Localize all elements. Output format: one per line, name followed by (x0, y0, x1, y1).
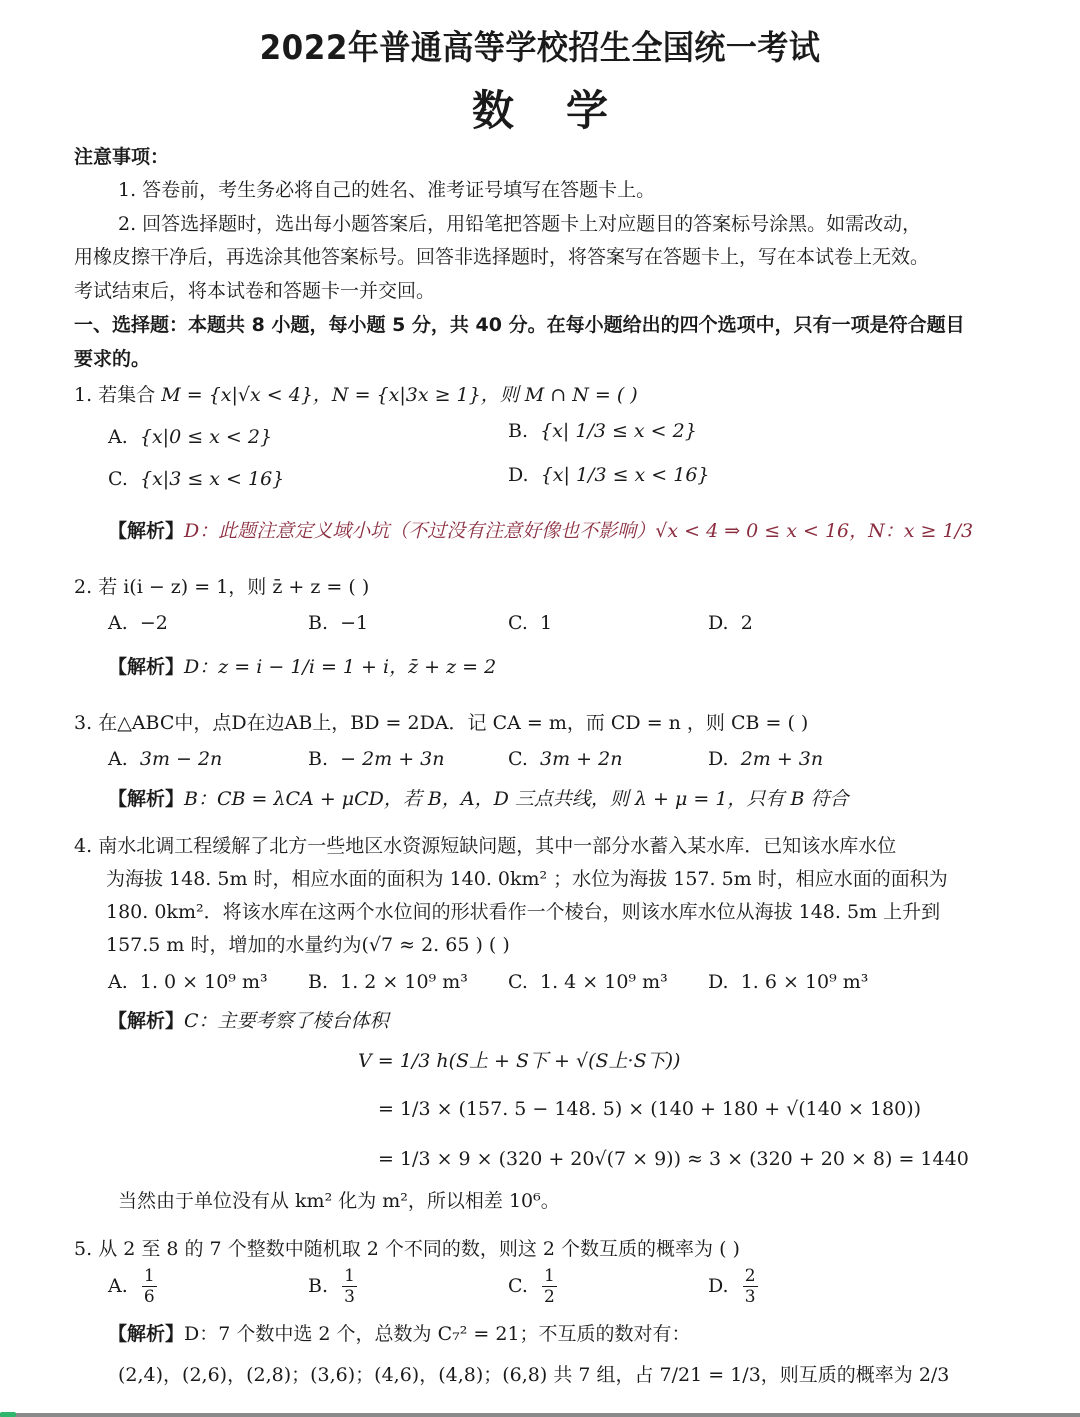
option-c: C. 1 (508, 612, 552, 634)
notice-item-2-cont: 考试结束后，将本试卷和答题卡一并交回。 (74, 280, 435, 303)
formula-line: = 1/3 × 9 × (320 + 20√(7 × 9)) ≈ 3 × (32… (378, 1148, 969, 1171)
formula-line: = 1/3 × (157. 5 − 148. 5) × (140 + 180 +… (378, 1098, 921, 1121)
progress-indicator (0, 1412, 16, 1417)
option-b: B. {x| 1/3 ≤ x < 2} (508, 420, 697, 442)
option-b: B. − 2m + 3n (308, 748, 445, 770)
question-math: M = {x|√x < 4}，N = {x|3x ≥ 1}，则 M ∩ N = … (161, 384, 637, 406)
analysis-5-cont: (2,4)，(2,6)，(2,8)；(3,6)；(4,6)，(4,8)；(6,8… (118, 1364, 949, 1387)
analysis-3: 【解析】B：CB = λCA + μCD，若 B，A，D 三点共线，则 λ + … (108, 788, 848, 811)
analysis-text: D：z = i − 1/i = 1 + i，z̄ + z = 2 (184, 656, 496, 678)
notice-heading: 注意事项： (74, 146, 169, 169)
notice-item-2: 2. 回答选择题时，选出每小题答案后，用铅笔把答题卡上对应题目的答案标号涂黑。如… (118, 213, 921, 236)
question-number: 1. (74, 384, 92, 406)
option-a: A. 1. 0 × 10⁹ m³ (108, 971, 268, 993)
analysis-5: 【解析】D：7 个数中选 2 个，总数为 C₇² = 21；不互质的数对有： (108, 1323, 691, 1346)
subject-title: 数学 (0, 78, 1080, 138)
option-b: B. 13 (308, 1268, 359, 1306)
option-d: D. {x| 1/3 ≤ x < 16} (508, 464, 710, 486)
analysis-note: 当然由于单位没有从 km² 化为 m²，所以相差 10⁶。 (118, 1190, 560, 1213)
exam-title: 2022年普通高等学校招生全国统一考试 (0, 20, 1080, 69)
question-stem: 若集合 (98, 384, 155, 406)
question-number: 3. (74, 712, 92, 734)
option-c: C. 1. 4 × 10⁹ m³ (508, 971, 668, 993)
question-stem: 若 i(i − z) = 1，则 z̄ + z = ( ) (98, 576, 369, 598)
analysis-text: D：此题注意定义域小坑（不过没有注意好像也不影响）√x < 4 ⇒ 0 ≤ x … (184, 520, 973, 542)
option-d: D. 1. 6 × 10⁹ m³ (708, 971, 868, 993)
option-c: C. 12 (508, 1268, 559, 1306)
option-a: A. 3m − 2n (108, 748, 222, 770)
question-stem: 从 2 至 8 的 7 个整数中随机取 2 个不同的数，则这 2 个数互质的概率… (98, 1238, 740, 1260)
question-stem: 南水北调工程缓解了北方一些地区水资源短缺问题，其中一部分水蓄入某水库．已知该水库… (98, 835, 896, 857)
exam-page: 2022年普通高等学校招生全国统一考试 数学 注意事项： 1. 答卷前，考生务必… (0, 0, 1080, 1417)
option-c: C. {x|3 ≤ x < 16} (108, 468, 284, 490)
option-d: D. 2 (708, 612, 753, 634)
question-3: 3. 在△ABC中，点D在边AB上，BD = 2DA．记 CA = m，而 CD… (74, 712, 808, 735)
analysis-1: 【解析】D：此题注意定义域小坑（不过没有注意好像也不影响）√x < 4 ⇒ 0 … (108, 520, 973, 543)
analysis-tag: 【解析】 (108, 656, 184, 678)
option-a: A. −2 (108, 612, 168, 634)
question-number: 4. (74, 835, 92, 857)
analysis-2: 【解析】D：z = i − 1/i = 1 + i，z̄ + z = 2 (108, 656, 496, 679)
subject-char: 学 (566, 86, 608, 135)
formula-line: V = 1/3 h(S上 + S下 + √(S上·S下)) (358, 1050, 680, 1073)
section-heading: 一、选择题：本题共 8 小题，每小题 5 分，共 40 分。在每小题给出的四个选… (74, 314, 965, 337)
analysis-tag: 【解析】 (108, 1010, 184, 1032)
analysis-tag: 【解析】 (108, 1323, 184, 1345)
subject-char: 数 (472, 86, 514, 135)
question-4-cont: 157.5 m 时，增加的水量约为(√7 ≈ 2. 65 ) ( ) (106, 934, 510, 957)
question-4: 4. 南水北调工程缓解了北方一些地区水资源短缺问题，其中一部分水蓄入某水库．已知… (74, 835, 896, 858)
question-1: 1. 若集合 M = {x|√x < 4}，N = {x|3x ≥ 1}，则 M… (74, 384, 638, 407)
notice-item-1: 1. 答卷前，考生务必将自己的姓名、准考证号填写在答题卡上。 (118, 179, 655, 202)
option-c: C. 3m + 2n (508, 748, 622, 770)
analysis-text: D：7 个数中选 2 个，总数为 C₇² = 21；不互质的数对有： (184, 1323, 691, 1345)
analysis-text: B：CB = λCA + μCD，若 B，A，D 三点共线，则 λ + μ = … (184, 788, 848, 810)
scroll-progress-bar (0, 1413, 1080, 1417)
question-4-cont: 180. 0km²．将该水库在这两个水位间的形状看作一个棱台，则该水库水位从海拔… (106, 901, 940, 924)
notice-item-2-cont: 用橡皮擦干净后，再选涂其他答案标号。回答非选择题时，将答案写在答题卡上，写在本试… (74, 246, 929, 269)
analysis-4: 【解析】C：主要考察了棱台体积 (108, 1010, 389, 1033)
analysis-text: C：主要考察了棱台体积 (184, 1010, 389, 1032)
question-number: 5. (74, 1238, 92, 1260)
question-2: 2. 若 i(i − z) = 1，则 z̄ + z = ( ) (74, 576, 369, 599)
analysis-tag: 【解析】 (108, 788, 184, 810)
option-d: D. 2m + 3n (708, 748, 823, 770)
option-b: B. −1 (308, 612, 368, 634)
option-d: D. 23 (708, 1268, 760, 1306)
analysis-tag: 【解析】 (108, 520, 184, 542)
question-stem: 在△ABC中，点D在边AB上，BD = 2DA．记 CA = m，而 CD = … (98, 712, 808, 734)
question-5: 5. 从 2 至 8 的 7 个整数中随机取 2 个不同的数，则这 2 个数互质… (74, 1238, 740, 1261)
option-a: A. 16 (108, 1268, 159, 1306)
option-b: B. 1. 2 × 10⁹ m³ (308, 971, 468, 993)
section-heading-cont: 要求的。 (74, 348, 150, 371)
question-4-cont: 为海拔 148. 5m 时，相应水面的面积为 140. 0km² ；水位为海拔 … (106, 868, 948, 891)
option-a: A. {x|0 ≤ x < 2} (108, 426, 272, 448)
question-number: 2. (74, 576, 92, 598)
